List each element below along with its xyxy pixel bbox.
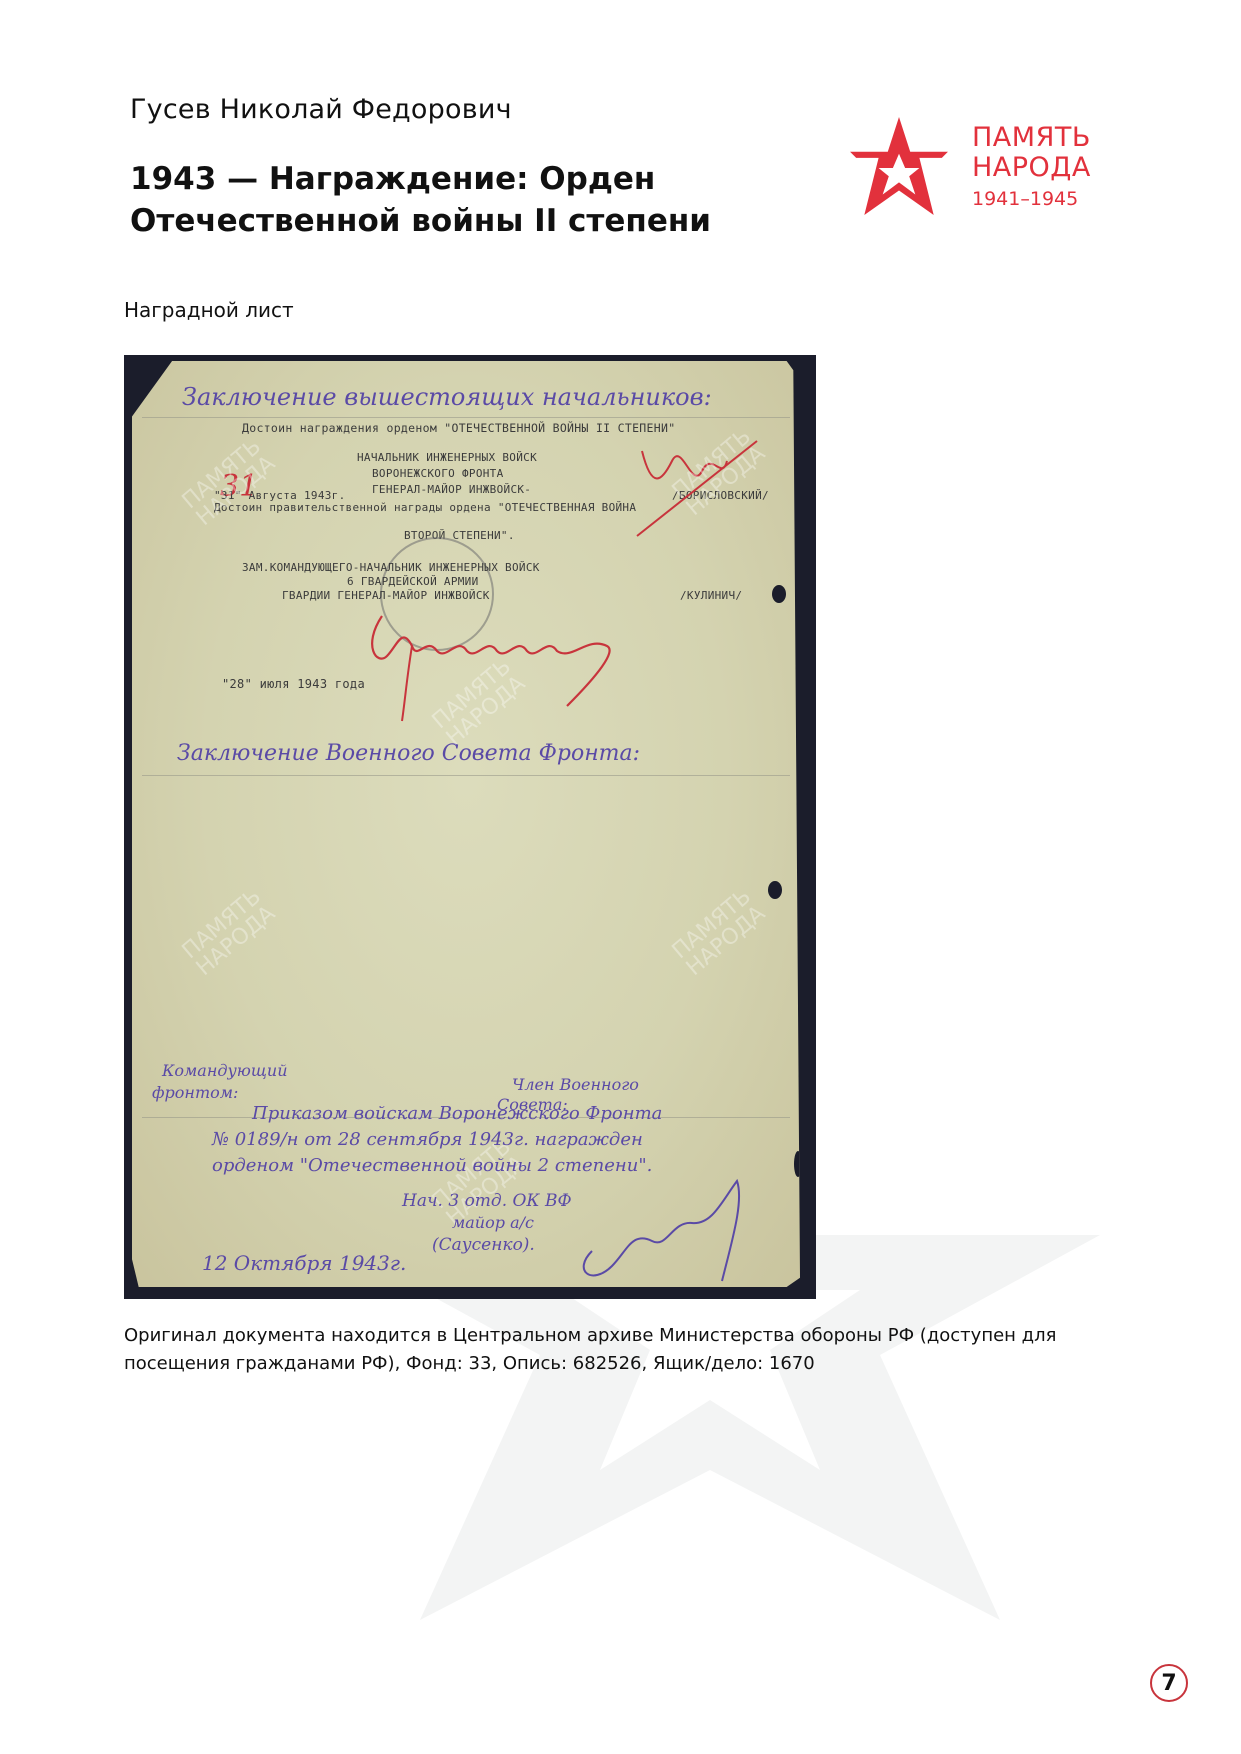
document-rule-2	[142, 775, 790, 776]
handwritten-signature-line-3: (Саусенко).	[432, 1235, 535, 1255]
award-document-scan: Заключение вышестоящих начальников: Дост…	[124, 355, 816, 1299]
document-paper: Заключение вышестоящих начальников: Дост…	[132, 361, 800, 1287]
watermark-text: ПАМЯТЬНАРОДА	[179, 436, 280, 530]
typed-block-1-line-1: НАЧАЛЬНИК ИНЖЕНЕРНЫХ ВОЙСК	[357, 451, 537, 464]
watermark-text: ПАМЯТЬНАРОДА	[179, 886, 280, 980]
handwritten-order-line-2: № 0189/н от 28 сентября 1943г. награжден	[212, 1129, 643, 1150]
typed-line-1: Достоин награждения орденом "ОТЕЧЕСТВЕНН…	[242, 421, 675, 435]
logo-text: ПАМЯТЬ НАРОДА 1941–1945	[972, 123, 1091, 213]
logo-years: 1941–1945	[972, 185, 1091, 213]
typed-signer-2: /КУЛИНИЧ/	[680, 589, 742, 602]
typed-block-2-line-2: 6 ГВАРДЕЙСКОЙ АРМИИ	[347, 575, 479, 588]
red-star-icon	[848, 115, 950, 217]
document-rule	[142, 417, 790, 418]
pamyat-naroda-logo[interactable]: ПАМЯТЬ НАРОДА 1941–1945	[848, 115, 1128, 220]
handwritten-heading-2: Заключение Военного Совета Фронта:	[177, 741, 640, 766]
section-label: Наградной лист	[124, 298, 294, 322]
handwritten-commander-line-1: Командующий	[162, 1061, 288, 1080]
punch-hole-3	[794, 1151, 802, 1177]
handwritten-heading-1: Заключение вышестоящих начальников:	[182, 383, 712, 411]
punch-hole-2	[768, 881, 782, 899]
typed-block-2-line-1: ЗАМ.КОМАНДУЮЩЕГО-НАЧАЛЬНИК ИНЖЕНЕРНЫХ ВО…	[242, 561, 540, 574]
typed-block-1-line-2: ВОРОНЕЖСКОГО ФРОНТА	[372, 467, 504, 480]
archive-caption: Оригинал документа находится в Центральн…	[124, 1322, 1104, 1378]
typed-line-2: Достоин правительственной награды ордена…	[214, 501, 636, 514]
typed-block-1-line-3: ГЕНЕРАЛ-МАЙОР ИНЖВОЙСК-	[372, 483, 531, 496]
handwritten-commander-line-2: фронтом:	[152, 1083, 238, 1102]
handwritten-signature-line-1: Нач. 3 отд. ОК ВФ	[402, 1191, 572, 1211]
punch-hole	[772, 585, 786, 603]
handwritten-council-line-1: Член Военного	[512, 1075, 639, 1094]
logo-line-1: ПАМЯТЬ	[972, 123, 1091, 153]
watermark-text: ПАМЯТЬНАРОДА	[669, 886, 770, 980]
typed-date-2: "28" июля 1943 года	[222, 677, 365, 691]
logo-line-2: НАРОДА	[972, 153, 1091, 183]
page-title: 1943 — Награждение: Орден Отечественной …	[130, 158, 770, 242]
handwritten-date-3: 12 Октября 1943г.	[202, 1251, 406, 1275]
person-name: Гусев Николай Федорович	[130, 94, 512, 125]
page-number: 7	[1150, 1664, 1188, 1702]
purple-signature-icon	[572, 1161, 752, 1291]
typed-block-2-line-3: ГВАРДИИ ГЕНЕРАЛ-МАЙОР ИНЖВОЙСК	[282, 589, 490, 602]
handwritten-order-line-1: Приказом войскам Воронежского Фронта	[252, 1103, 662, 1124]
handwritten-signature-line-2: майор а/с	[452, 1213, 534, 1232]
